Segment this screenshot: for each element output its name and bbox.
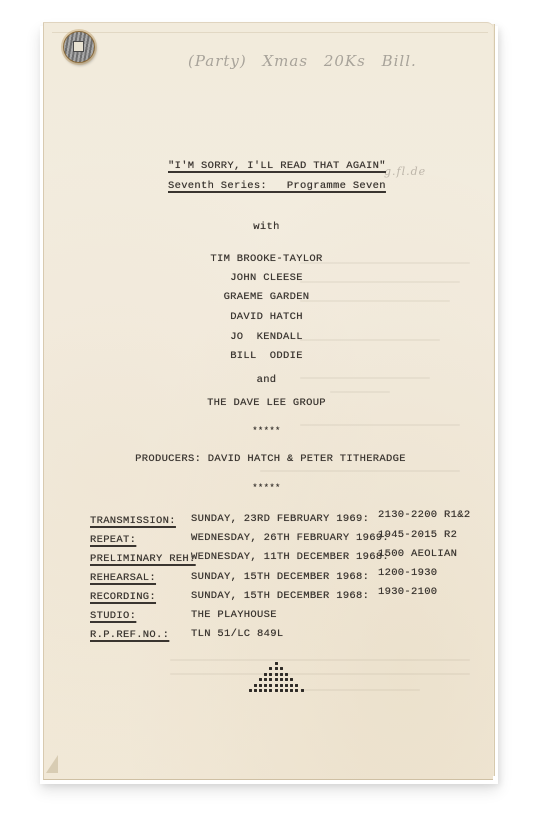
schedule-value: WEDNESDAY, 26TH FEBRUARY 1969: <box>191 532 389 544</box>
schedule-value: SUNDAY, 15TH DECEMBER 1968: <box>191 571 369 583</box>
end-mark-dot <box>264 673 267 676</box>
end-mark-dot <box>254 689 257 692</box>
end-mark-dot <box>295 689 298 692</box>
schedule-label: R.P.REF.NO.: <box>90 629 169 641</box>
end-mark-dot <box>269 678 272 681</box>
end-mark-dot <box>259 684 262 687</box>
schedule-time: 1500 AEOLIAN <box>378 548 457 560</box>
end-mark-dot <box>254 684 257 687</box>
end-mark-dot <box>285 678 288 681</box>
schedule-time: 2130-2200 R1&2 <box>378 509 470 521</box>
end-mark-dot <box>275 673 278 676</box>
end-mark-dot <box>301 689 304 692</box>
with-label: with <box>0 221 533 233</box>
schedule-value: SUNDAY, 15TH DECEMBER 1968: <box>191 590 369 602</box>
end-mark-dot <box>285 684 288 687</box>
schedule-label: PRELIMINARY REH: <box>90 553 196 565</box>
separator-stars: ***** <box>0 426 533 436</box>
end-mark-dot <box>275 662 278 665</box>
schedule-label: REPEAT: <box>90 534 136 546</box>
end-mark-dot <box>280 684 283 687</box>
handwritten-note-side: g.fl.de <box>384 165 426 178</box>
end-mark-dot <box>290 689 293 692</box>
end-mark-dot <box>269 673 272 676</box>
end-mark-dot <box>275 678 278 681</box>
schedule-value: THE PLAYHOUSE <box>191 609 277 621</box>
end-mark-dot <box>275 667 278 670</box>
end-mark-dot <box>285 673 288 676</box>
schedule-label: TRANSMISSION: <box>90 515 176 527</box>
top-fold-line <box>52 22 488 33</box>
cast-member: TIM BROOKE-TAYLOR <box>0 253 533 265</box>
cast-member: BILL ODDIE <box>0 350 533 362</box>
cast-member: GRAEME GARDEN <box>0 291 533 303</box>
separator-stars: ***** <box>0 483 533 493</box>
schedule-time: 1200-1930 <box>378 567 437 579</box>
end-mark-dot <box>264 689 267 692</box>
schedule-value: SUNDAY, 23RD FEBRUARY 1969: <box>191 513 369 525</box>
group-name: THE DAVE LEE GROUP <box>0 397 533 409</box>
end-mark-dot <box>280 673 283 676</box>
handwritten-note-top: (Party) Xmas 20Ks Bill. <box>188 52 417 70</box>
end-mark-dot <box>285 689 288 692</box>
corner-fold <box>46 755 58 773</box>
series-programme: Seventh Series: Programme Seven <box>168 180 386 192</box>
cast-member: JO KENDALL <box>0 331 533 343</box>
end-mark-dot <box>249 689 252 692</box>
end-mark-dot <box>259 678 262 681</box>
end-mark-dot <box>269 684 272 687</box>
show-title: "I'M SORRY, I'LL READ THAT AGAIN" <box>168 160 386 172</box>
end-mark-dot <box>280 689 283 692</box>
schedule-label: RECORDING: <box>90 591 156 603</box>
grommet-hole <box>73 41 84 52</box>
end-mark-dot <box>275 684 278 687</box>
schedule-value: WEDNESDAY, 11TH DECEMBER 1968: <box>191 551 389 563</box>
end-mark-dot <box>290 684 293 687</box>
end-mark-dot <box>280 667 283 670</box>
end-mark-dot <box>290 678 293 681</box>
producers-line: PRODUCERS: DAVID HATCH & PETER TITHERADG… <box>4 453 533 465</box>
end-mark-dot <box>280 678 283 681</box>
schedule-label: REHEARSAL: <box>90 572 156 584</box>
end-mark-dot <box>259 689 262 692</box>
cast-member: JOHN CLEESE <box>0 272 533 284</box>
end-mark-dot <box>275 689 278 692</box>
cast-member: DAVID HATCH <box>0 311 533 323</box>
schedule-time: 1930-2100 <box>378 586 437 598</box>
schedule-value: TLN 51/LC 849L <box>191 628 283 640</box>
schedule-label: STUDIO: <box>90 610 136 622</box>
and-label: and <box>0 374 533 386</box>
end-mark-dot <box>269 689 272 692</box>
end-mark-dot <box>264 678 267 681</box>
schedule-time: 1945-2015 R2 <box>378 529 457 541</box>
end-mark-dot <box>295 684 298 687</box>
end-mark-dot <box>264 684 267 687</box>
